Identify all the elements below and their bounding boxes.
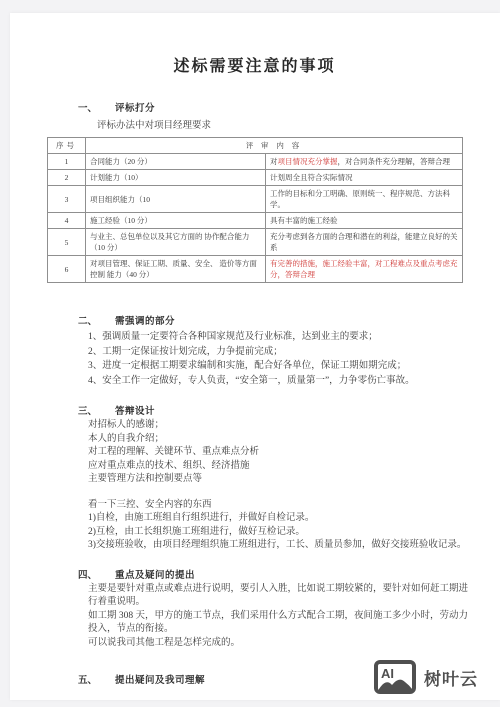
review-text: 对 [270, 157, 278, 166]
section-number: 四、 [78, 567, 115, 581]
review-text: 工作的目标和分工明确、原则统一、程序规范、方法科学。 [270, 189, 450, 209]
text-line: 应对重点难点的技术、组织、经济措施 [88, 460, 468, 474]
table-row: 5 与业主、总包单位以及其它方面的 协作配合能力（10 分） 充分考虑到各方面的… [48, 229, 463, 256]
text-line: 本人的自我介绍； [88, 433, 468, 447]
list-item: 1、强调质量一定要符合各种国家规范及行业标准，达到业主的要求； [88, 330, 468, 345]
text-line: 对工程的理解、关键环节、重点难点分析 [88, 446, 468, 460]
row-review: 具有丰富的施工经验 [266, 213, 463, 229]
section-4-heading: 四、 重点及疑问的提出 [78, 567, 462, 581]
page-title: 述标需要注意的事项 [47, 53, 462, 76]
list-item: 3、进度一定根据工期要求编制和实施，配合好各单位，保证工期如期完成； [88, 359, 468, 374]
row-review: 工作的目标和分工明确、原则统一、程序规范、方法科学。 [266, 186, 463, 213]
row-no: 1 [48, 154, 86, 170]
section-2-body: 1、强调质量一定要符合各种国家规范及行业标准，达到业主的要求； 2、工期一定保证… [88, 330, 468, 388]
row-review: 充分考虑到各方面的合理和潜在的利益，能建立良好的关系 [266, 229, 463, 256]
text-line: 2)互检，由工长组织施工班组进行，做好互检记录。 [88, 526, 468, 540]
paragraph: 主要是要针对重点或难点进行说明，要引人入胜，比如说工期较紧的，要针对如何赶工期进… [88, 583, 468, 610]
paragraph: 可以说我司其他工程是怎样完成的。 [88, 637, 468, 651]
row-item: 项目组织能力（10 [86, 186, 266, 213]
text-line: 看一下三控、安全内容的东西 [88, 499, 468, 513]
header-review-content: 评 审 内 容 [86, 138, 463, 154]
row-review: 计划周全且符合实际情况 [266, 170, 463, 186]
section-number: 二、 [78, 313, 115, 327]
section-title: 答辩设计 [115, 403, 155, 417]
header-no: 序号 [48, 138, 86, 154]
section-3-body: 对招标人的感谢； 本人的自我介绍； 对工程的理解、关键环节、重点难点分析 应对重… [88, 419, 468, 553]
table-row: 4 施工经验（10 分） 具有丰富的施工经验 [48, 213, 463, 229]
section-3-heading: 三、 答辩设计 [78, 403, 462, 417]
section-title: 提出疑问及我司理解 [115, 672, 205, 686]
table-row: 6 对项目管理、保证工期、质量、安全、 造价等方面控制 能力（40 分） 有完善… [48, 256, 463, 283]
section-title: 重点及疑问的提出 [115, 567, 195, 581]
section-2-heading: 二、 需强调的部分 [78, 313, 462, 327]
review-text: 具有丰富的施工经验 [270, 216, 338, 225]
text-line: 1)自检，由施工班组自行组织进行，并做好自检记录。 [88, 512, 468, 526]
watermark-brand: 树叶云 [424, 665, 478, 690]
row-no: 2 [48, 170, 86, 186]
review-text-red: 项目情况充分掌握 [278, 157, 338, 166]
text-line: 主要管理方法和控制要点等 [88, 473, 468, 487]
row-no: 6 [48, 256, 86, 283]
row-no: 3 [48, 186, 86, 213]
watermark-logo: AI 树叶云 [373, 656, 478, 698]
review-text: 充分考虑到各方面的合理和潜在的利益，能建立良好的关系 [270, 232, 458, 252]
blank-line [88, 487, 468, 499]
list-item: 4、安全工作一定做好，专人负责，“安全第一，质量第一”，力争零伤亡事故。 [88, 374, 468, 389]
section-4-body: 主要是要针对重点或难点进行说明，要引人入胜，比如说工期较紧的，要针对如何赶工期进… [88, 583, 468, 651]
section-number: 三、 [78, 403, 115, 417]
document-content: 述标需要注意的事项 一、 评标打分 评标办法中对项目经理要求 序号 评 审 内 … [10, 13, 500, 686]
row-no: 4 [48, 213, 86, 229]
text-line: 3)交接班验收，由项目经理组织施工班组进行，工长、质量员参加，做好交接班验收记录… [88, 539, 468, 553]
section-title: 需强调的部分 [115, 313, 175, 327]
text-line: 对招标人的感谢； [88, 419, 468, 433]
table-header-row: 序号 评 审 内 容 [48, 138, 463, 154]
row-item: 合同能力（20 分） [86, 154, 266, 170]
table-row: 1 合同能力（20 分） 对项目情况充分掌握，对合同条件充分理解，答辩合理 [48, 154, 463, 170]
document-page: 述标需要注意的事项 一、 评标打分 评标办法中对项目经理要求 序号 评 审 内 … [10, 13, 500, 700]
ai-icon-label: AI [381, 666, 394, 681]
paragraph: 如工期 308 天，甲方的施工节点，我们采用什么方式配合工期，夜间施工多少小时，… [88, 610, 468, 637]
table-row: 3 项目组织能力（10 工作的目标和分工明确、原则统一、程序规范、方法科学。 [48, 186, 463, 213]
list-item: 2、工期一定保证按计划完成，力争提前完成； [88, 345, 468, 360]
section-1-heading: 一、 评标打分 [78, 100, 462, 114]
section-number: 一、 [78, 100, 115, 114]
table-row: 2 计划能力（10） 计划周全且符合实际情况 [48, 170, 463, 186]
section-1-subtitle: 评标办法中对项目经理要求 [97, 117, 462, 131]
review-text-red: 有完善的措施，施工经验丰富，对工程难点及重点考虑充分，答辩合理 [270, 259, 458, 279]
ai-image-icon: AI [373, 656, 417, 698]
review-text: ，对合同条件充分理解，答辩合理 [338, 157, 451, 166]
row-item: 对项目管理、保证工期、质量、安全、 造价等方面控制 能力（40 分） [86, 256, 266, 283]
row-item: 施工经验（10 分） [86, 213, 266, 229]
review-text: 计划周全且符合实际情况 [270, 173, 353, 182]
row-no: 5 [48, 229, 86, 256]
section-number: 五、 [78, 672, 115, 686]
row-item: 计划能力（10） [86, 170, 266, 186]
review-table: 序号 评 审 内 容 1 合同能力（20 分） 对项目情况充分掌握，对合同条件充… [47, 137, 463, 283]
row-item: 与业主、总包单位以及其它方面的 协作配合能力（10 分） [86, 229, 266, 256]
section-title: 评标打分 [115, 100, 155, 114]
row-review: 对项目情况充分掌握，对合同条件充分理解，答辩合理 [266, 154, 463, 170]
row-review: 有完善的措施，施工经验丰富，对工程难点及重点考虑充分，答辩合理 [266, 256, 463, 283]
